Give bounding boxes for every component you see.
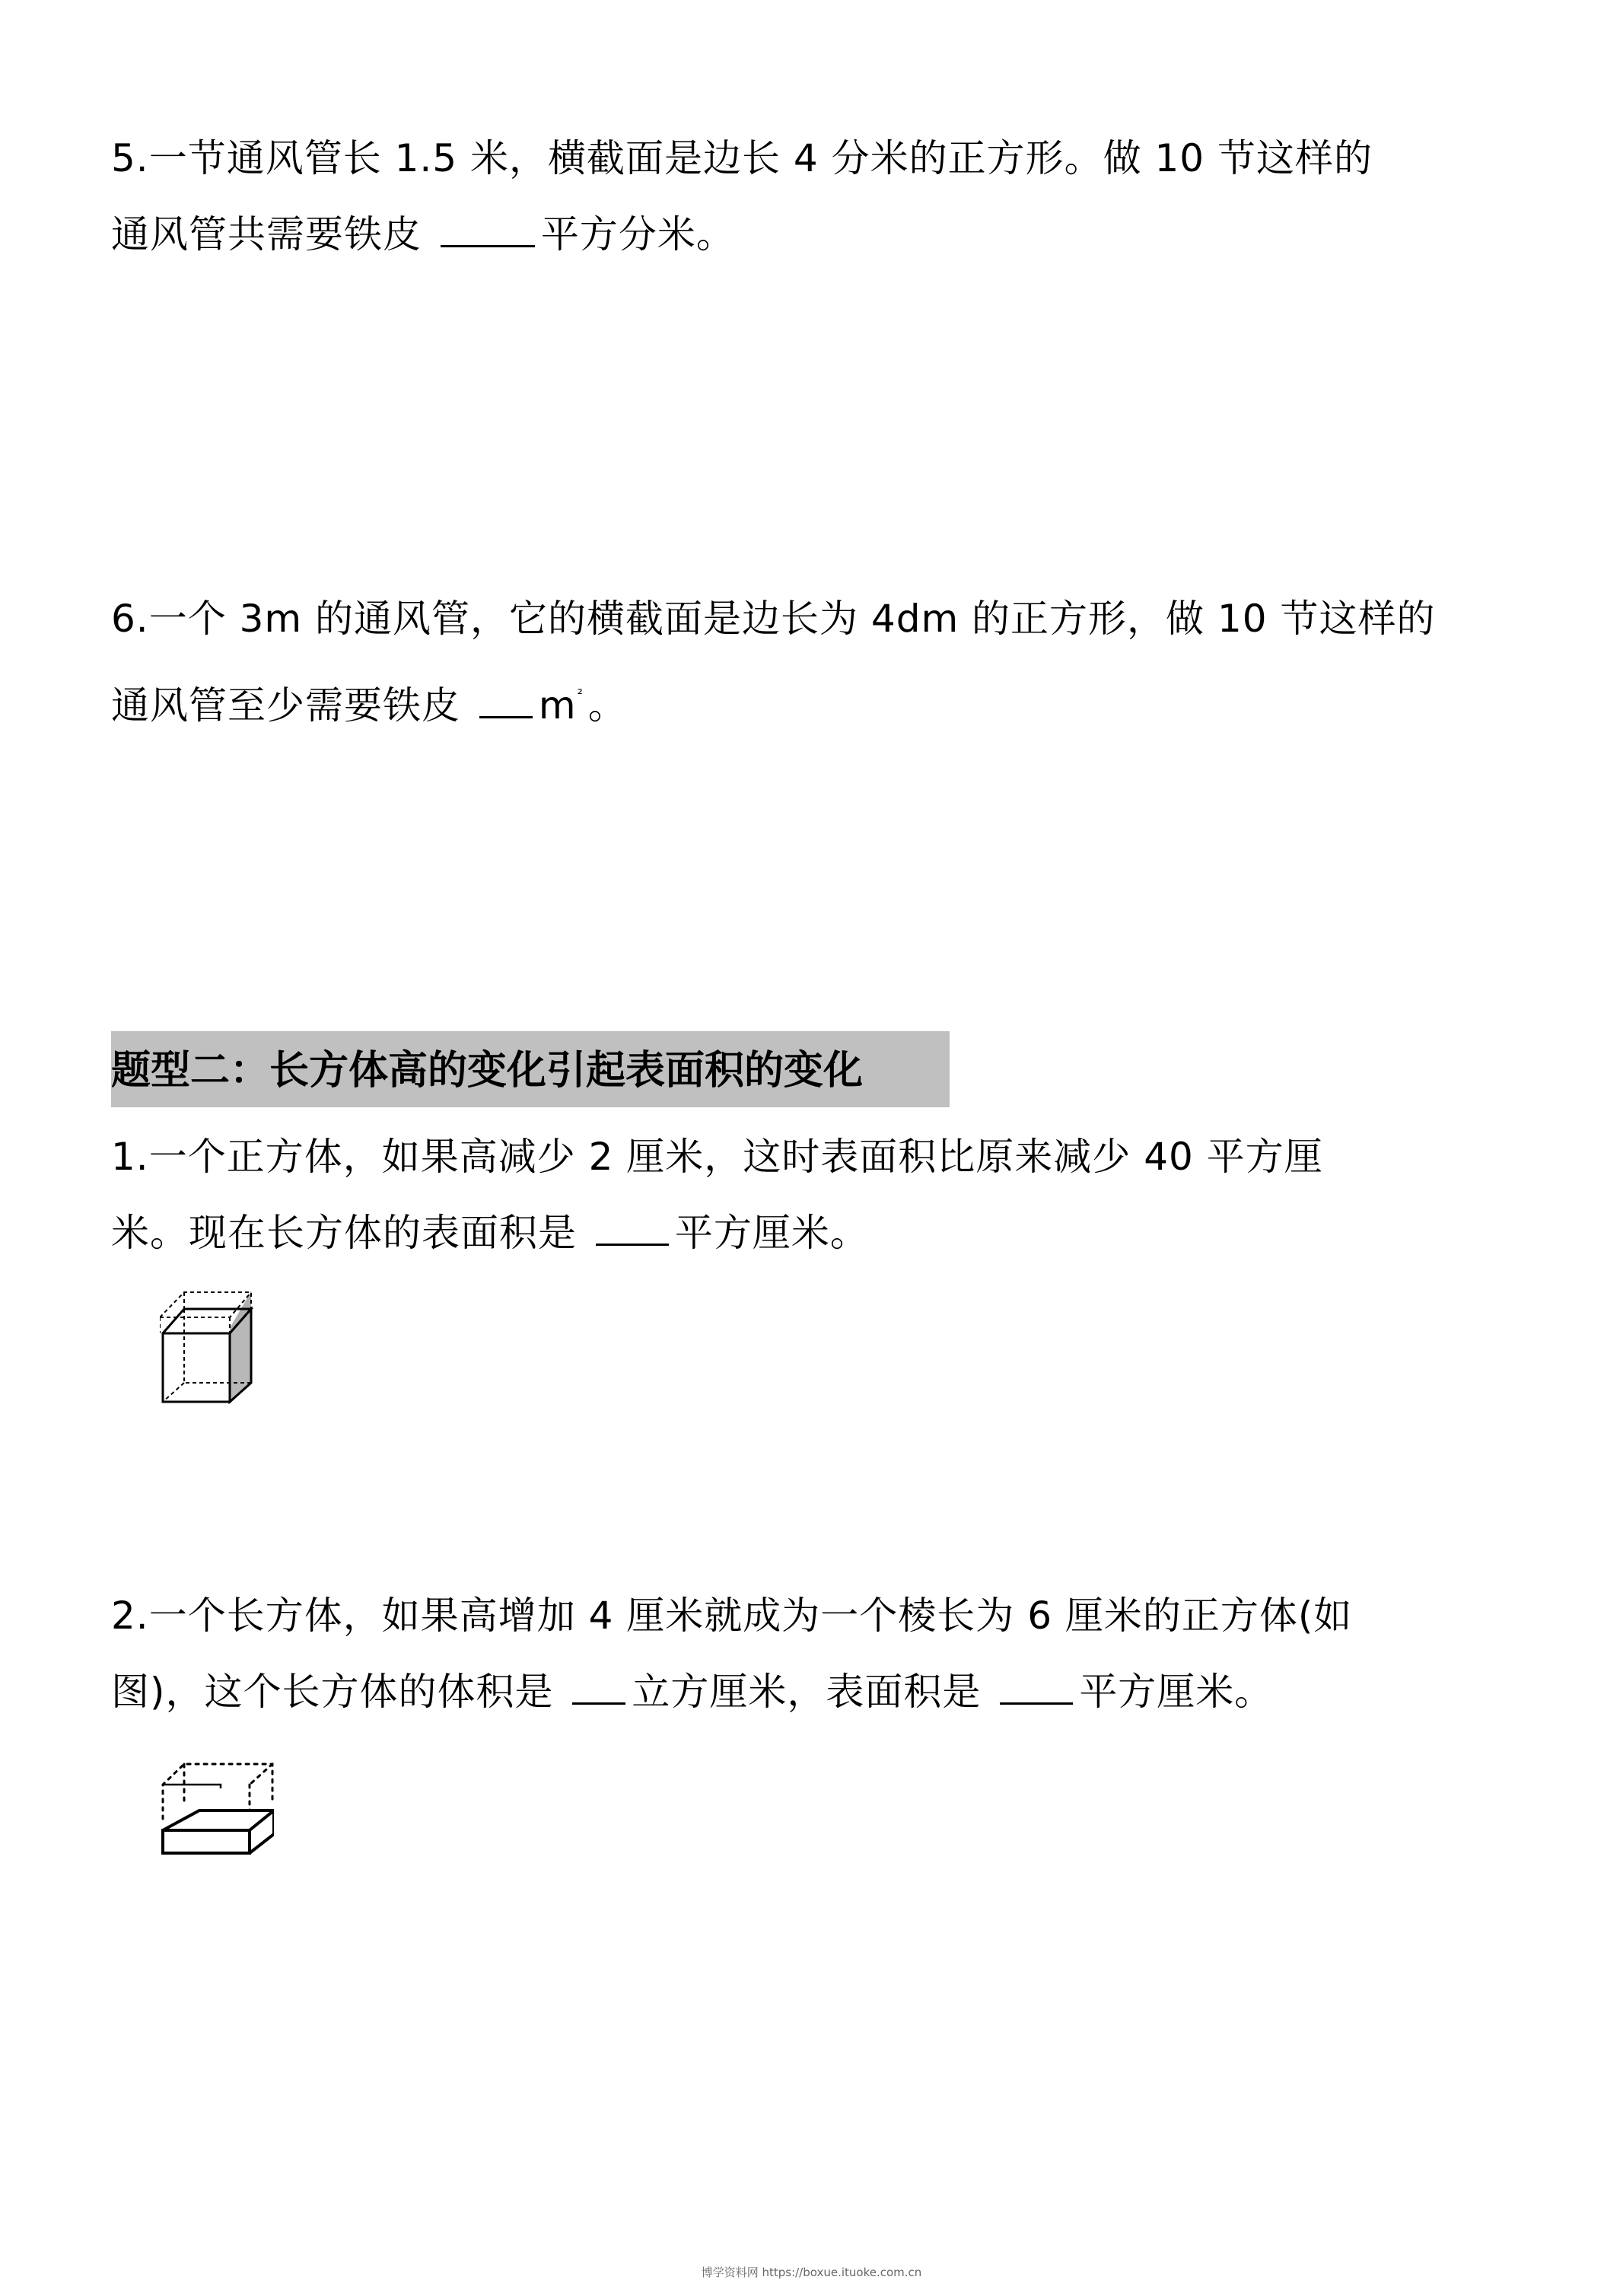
section-question-2-text-mid: 立方厘米，表面积是 bbox=[632, 1670, 994, 1714]
question-6-text: 通风管至少需要铁皮 bbox=[111, 683, 473, 728]
dashed-edge bbox=[250, 1764, 272, 1785]
answer-blank[interactable] bbox=[596, 1210, 669, 1246]
section-question-1-line-2: 米。现在长方体的表面积是 平方厘米。 bbox=[111, 1195, 1542, 1271]
question-6-line-2: 通风管至少需要铁皮 m²。 bbox=[111, 657, 1542, 744]
answer-blank[interactable] bbox=[441, 212, 535, 247]
question-5-line-1: 5.一节通风管长 1.5 米，横截面是边长 4 分米的正方形。做 10 节这样的 bbox=[111, 120, 1542, 196]
section-question-2-text: 图)，这个长方体的体积是 bbox=[111, 1670, 566, 1714]
question-6: 6.一个 3m 的通风管，它的横截面是边长为 4dm 的正方形，做 10 节这样… bbox=[111, 581, 1542, 744]
section-question-2-unit: 平方厘米。 bbox=[1079, 1670, 1273, 1714]
flat-cuboid-with-dashed-cube-figure bbox=[160, 1758, 274, 1865]
cube-with-dashed-top-figure bbox=[160, 1290, 274, 1404]
front-face bbox=[163, 1333, 230, 1402]
section-question-2-line-1: 2.一个长方体，如果高增加 4 厘米就成为一个棱长为 6 厘米的正方体(如 bbox=[111, 1578, 1542, 1654]
section-question-1-text: 米。现在长方体的表面积是 bbox=[111, 1211, 590, 1255]
unit-superscript: ² bbox=[578, 686, 584, 702]
question-5-line-2: 通风管共需要铁皮 平方分米。 bbox=[111, 196, 1542, 272]
cuboid-front-face bbox=[163, 1830, 250, 1853]
question-5-text: 通风管共需要铁皮 bbox=[111, 212, 434, 256]
section-title: 题型二：长方体高的变化引起表面积的变化 bbox=[111, 1031, 950, 1107]
question-5: 5.一节通风管长 1.5 米，横截面是边长 4 分米的正方形。做 10 节这样的… bbox=[111, 120, 1542, 272]
section-question-2: 2.一个长方体，如果高增加 4 厘米就成为一个棱长为 6 厘米的正方体(如 图)… bbox=[111, 1578, 1542, 1730]
question-5-unit: 平方分米。 bbox=[541, 212, 735, 256]
section-question-1: 1.一个正方体，如果高减少 2 厘米，这时表面积比原来减少 40 平方厘 米。现… bbox=[111, 1119, 1542, 1271]
unit-m: m bbox=[539, 683, 577, 728]
volume-answer-blank[interactable] bbox=[572, 1669, 625, 1705]
answer-blank[interactable] bbox=[479, 683, 533, 718]
dashed-original-top bbox=[160, 1292, 251, 1317]
section-question-2-line-2: 图)，这个长方体的体积是 立方厘米，表面积是 平方厘米。 bbox=[111, 1654, 1542, 1730]
section-question-1-line-1: 1.一个正方体，如果高减少 2 厘米，这时表面积比原来减少 40 平方厘 bbox=[111, 1119, 1542, 1195]
area-answer-blank[interactable] bbox=[1000, 1669, 1073, 1705]
footer-watermark: 博学资料网 https://boxue.ituoke.com.cn bbox=[0, 2264, 1623, 2280]
question-6-line-1: 6.一个 3m 的通风管，它的横截面是边长为 4dm 的正方形，做 10 节这样… bbox=[111, 581, 1542, 657]
dashed-original-top bbox=[160, 1292, 251, 1317]
section-question-1-unit: 平方厘米。 bbox=[675, 1211, 869, 1255]
partial-edge bbox=[163, 1785, 221, 1788]
question-6-period: 。 bbox=[588, 683, 627, 728]
